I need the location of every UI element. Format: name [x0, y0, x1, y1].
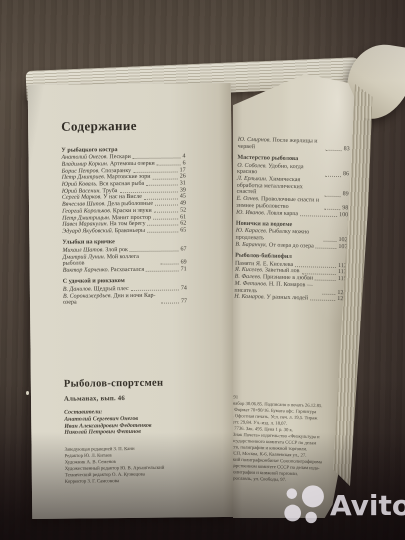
toc-title: Артемовы озерки: [110, 161, 155, 167]
toc-author: Юрий Коваль.: [62, 181, 98, 187]
toc-author: Ю. Смирнов.: [238, 137, 271, 144]
contents-title: Содержание: [61, 118, 137, 135]
toc-title: Злой рок: [105, 247, 128, 253]
toc-author: Борис Петров.: [62, 168, 100, 174]
toc-title: Браконьеры: [115, 228, 145, 234]
toc-author: Георгий Корольков.: [62, 208, 111, 215]
dot-leader: [295, 266, 336, 268]
dot-leader: [144, 198, 178, 199]
dot-leader: [119, 191, 177, 193]
dot-leader: [161, 303, 179, 304]
dot-leader: [325, 175, 341, 176]
credits-block: Заведующая редакцией З. П. Канн Редактор…: [65, 446, 197, 486]
page-number: 86: [343, 171, 349, 178]
toc-author: О. Соболев.: [237, 162, 267, 169]
book-photo: Содержание У рыбацкого костра Анатолий О…: [0, 0, 405, 540]
toc-entry: Н. Комаров. У разных людей 125: [234, 294, 346, 303]
toc-section-heading: Улыбки на крючке: [62, 239, 186, 247]
series-title: Рыболов-спортсмен: [64, 377, 229, 390]
toc-title: У нас на Висле: [103, 194, 142, 200]
compilers-list: Анатолий Сергеевич Онегов Иван Александр…: [64, 415, 229, 437]
toc-author: Е. Огнев.: [236, 196, 259, 203]
compiler-name: Николай Петрович Фетинов: [64, 428, 229, 437]
toc-entry: Ю. Смирнов. После жерлицы и червей 83: [238, 137, 350, 153]
toc-author: Анатолий Онегов.: [61, 154, 107, 160]
dot-leader: [147, 232, 178, 233]
toc-author: Ю. Иванов.: [236, 209, 265, 216]
toc-author: Михаил Шатов.: [62, 247, 103, 253]
toc-author: В. Данилов.: [63, 286, 92, 292]
dot-leader: [315, 280, 336, 281]
dot-leader: [324, 209, 340, 210]
dot-leader: [326, 150, 342, 151]
volume-label: Альманах, вып. 46: [64, 394, 229, 403]
toc-author: В. Баранчук.: [235, 242, 267, 249]
toc-section-heading: У рыбацкого костра: [61, 146, 185, 154]
dot-leader: [133, 171, 177, 172]
toc-author: Сергей Марков.: [62, 195, 102, 201]
toc-author: Л. Ерлыкин.: [237, 176, 268, 183]
toc-title: Щедрый плес: [94, 286, 129, 292]
page-number: 71: [181, 266, 187, 273]
dot-leader: [316, 248, 337, 249]
toc-author: Виктор Харченко.: [63, 267, 109, 273]
toc-title: Спозаранку: [101, 168, 131, 174]
toc-title: Мартовские зори: [107, 174, 151, 180]
toc-entry: В. Баранчук. От озера до озера 107: [235, 242, 347, 251]
dot-leader: [152, 178, 177, 179]
toc-title: От озера до озера: [269, 242, 314, 249]
dot-leader: [130, 251, 179, 253]
avito-dots-logo-icon: [282, 484, 328, 528]
imprint-block: Рыболов-спортсмен Альманах, вып. 46 Сост…: [64, 377, 230, 495]
toc-title: Вся красная рыба: [99, 181, 144, 187]
toc-author: М. Фетинов.: [234, 281, 267, 288]
page-number: 107: [338, 244, 347, 251]
dot-leader: [131, 290, 179, 292]
credit-line: Корректор З. Г. Самсонова: [65, 478, 197, 486]
page-number: 83: [344, 146, 350, 153]
toc-author: Н. Комаров.: [234, 294, 265, 301]
left-page: Содержание У рыбацкого костра Анатолий О…: [28, 83, 236, 519]
toc-title: Ловля карпа: [267, 210, 298, 217]
avito-watermark: Avito: [282, 484, 405, 528]
compilers-block: Составители: Анатолий Сергеевич Онегов И…: [64, 408, 229, 437]
dust-speck: [26, 391, 29, 395]
toc-section-heading: С удочкой и рюкзаком: [63, 278, 187, 286]
toc-author: Павел Маракулин.: [62, 221, 108, 227]
dot-leader: [161, 264, 179, 265]
toc-title: На том берегу: [110, 221, 146, 227]
page-number: 77: [181, 299, 187, 306]
page-number: 74: [181, 285, 187, 292]
toc-title: Расхвастался: [111, 267, 145, 273]
page-number: 65: [180, 227, 186, 234]
toc-entry: Ю. Иванов. Ловля карпа 100: [236, 209, 348, 218]
page-number: 67: [180, 246, 186, 253]
toc-title: Краски и звуки: [113, 208, 152, 214]
toc-title: Труба: [102, 188, 117, 194]
toc-title: Манит простор: [112, 214, 151, 220]
page-number: 100: [339, 212, 348, 219]
toc-title: Дела рыболовные: [107, 201, 153, 207]
dot-leader: [324, 241, 337, 242]
dot-leader: [154, 212, 178, 213]
toc-entry: Л. Ерлыкин. Химическая обработка металли…: [237, 176, 349, 199]
avito-wordmark: Avito: [330, 492, 405, 520]
toc-left-column: У рыбацкого костра Анатолий Онегов. Песк…: [61, 141, 187, 306]
dot-leader: [157, 165, 181, 166]
dot-leader: [153, 218, 178, 219]
toc-author: Дмитрий Лунин.: [63, 254, 106, 260]
toc-title: У разных людей: [266, 295, 308, 302]
toc-title: Пескари: [109, 154, 131, 160]
toc-author: В. Сорокажердьев.: [63, 293, 112, 300]
toc-author: Ю. Карасев.: [236, 228, 268, 235]
dot-leader: [310, 300, 335, 302]
toc-author: Петр Дмитрицын.: [62, 215, 110, 222]
dot-leader: [146, 271, 179, 272]
toc-entry: В. Сорокажердьев. Дни и ночи Кар-озера 7…: [63, 292, 187, 307]
toc-entry: Дмитрий Лунин. Мой коллега рыболов 69: [63, 253, 187, 268]
dot-leader: [155, 205, 178, 206]
colophon-block: ИБ № 2191 Сдано в набор 30.06.85. Подпис…: [214, 394, 349, 485]
dot-leader: [325, 195, 341, 196]
toc-author: Я. Киселев.: [235, 267, 264, 274]
dot-leader: [146, 185, 178, 186]
toc-author: Владимир Коркин.: [62, 161, 109, 167]
dot-leader: [133, 158, 181, 159]
toc-author: В. Фалеев.: [235, 274, 262, 281]
toc-entry: Эдуард Якубовский. Браконьеры 65: [62, 227, 186, 235]
toc-author: Вячеслав Шипов.: [62, 201, 106, 207]
dot-leader: [322, 293, 335, 294]
toc-author: Петр Дмитриев.: [62, 175, 106, 181]
toc-author: Эдуард Якубовский.: [62, 228, 113, 235]
toc-right-column: Ю. Смирнов. После жерлицы и червей 83 Ма…: [234, 137, 350, 303]
dot-leader: [148, 225, 179, 226]
toc-entry: Виктор Харченко. Расхвастался 71: [63, 266, 187, 274]
page-number: 89: [343, 192, 349, 199]
dot-leader: [300, 215, 337, 217]
